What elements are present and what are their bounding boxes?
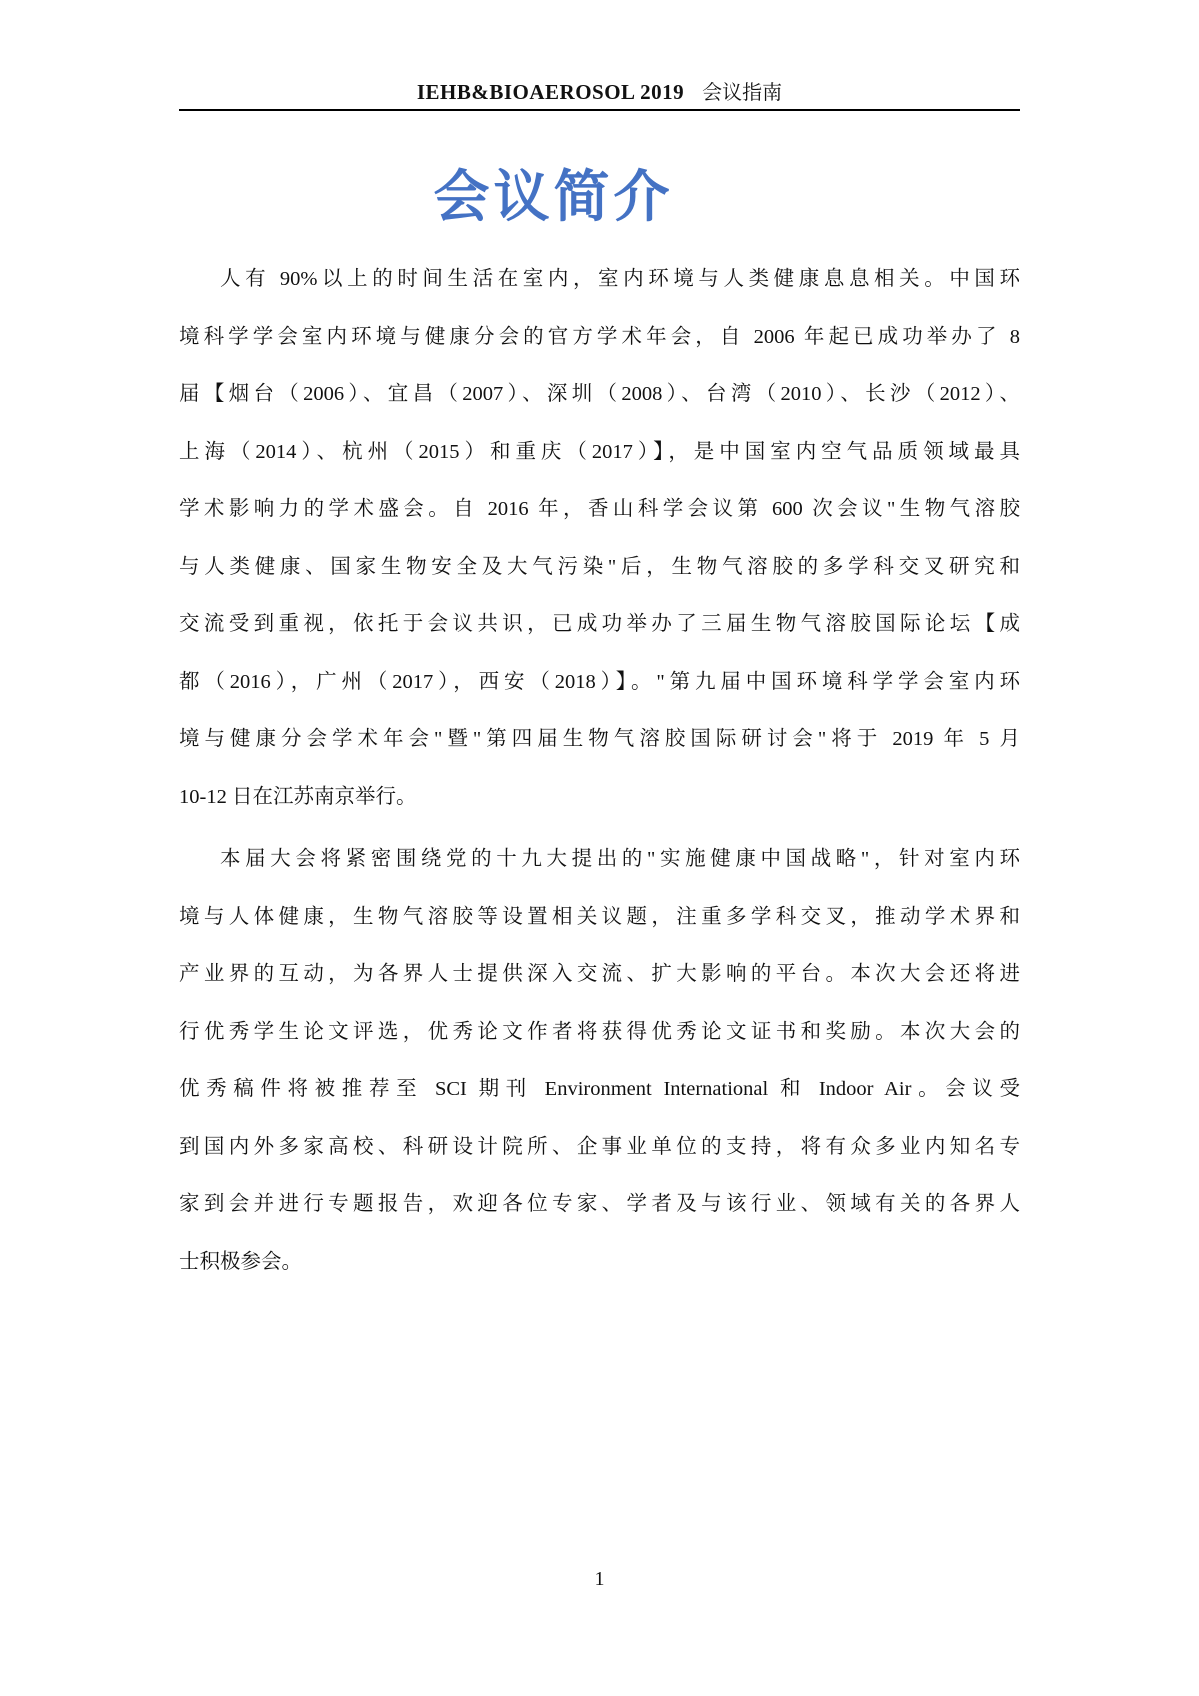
body-line: 与人类健康、国家生物安全及大气污染"后，生物气溶胶的多学科交叉研究和 [179, 539, 1020, 597]
body-line: 境科学学会室内环境与健康分会的官方学术年会，自 2006 年起已成功举办了 8 [179, 309, 1020, 367]
body-line: 到国内外多家高校、科研设计院所、企事业单位的支持，将有众多业内知名专 [179, 1119, 1020, 1177]
page-number: 1 [595, 1568, 605, 1590]
body-line: 产业界的互动，为各界人士提供深入交流、扩大影响的平台。本次大会还将进 [179, 946, 1020, 1004]
page-title: 会议简介 [179, 169, 1020, 227]
body-line: 优秀稿件将被推荐至 SCI 期刊 Environment Internation… [179, 1061, 1020, 1119]
body-line: 士积极参会。 [179, 1234, 1020, 1292]
body-line: 上海（2014）、杭州（2015）和重庆（2017）】，是中国室内空气品质领域最… [179, 424, 1020, 482]
body-line: 境与健康分会学术年会"暨"第四届生物气溶胶国际研讨会"将于 2019 年 5 月 [179, 711, 1020, 769]
body-line: 家到会并进行专题报告，欢迎各位专家、学者及与该行业、领域有关的各界人 [179, 1176, 1020, 1234]
paragraph-2: 本届大会将紧密围绕党的十九大提出的"实施健康中国战略"，针对室内环 境与人体健康… [179, 831, 1020, 1291]
document-page: IEHB&BIOAEROSOL 2019会议指南 会议简介 人有 90%以上的时… [0, 0, 1199, 1696]
page-content: IEHB&BIOAEROSOL 2019会议指南 会议简介 人有 90%以上的时… [179, 0, 1020, 1291]
body-line: 本届大会将紧密围绕党的十九大提出的"实施健康中国战略"，针对室内环 [179, 831, 1020, 889]
page-header: IEHB&BIOAEROSOL 2019会议指南 [179, 0, 1020, 111]
body-text: 人有 90%以上的时间生活在室内，室内环境与人类健康息息相关。中国环 境科学学会… [179, 251, 1020, 1291]
body-line: 届【烟台（2006）、宜昌（2007）、深圳（2008）、台湾（2010）、长沙… [179, 366, 1020, 424]
page-footer: 1 [0, 1568, 1199, 1591]
body-line: 交流受到重视，依托于会议共识，已成功举办了三届生物气溶胶国际论坛【成 [179, 596, 1020, 654]
body-line: 人有 90%以上的时间生活在室内，室内环境与人类健康息息相关。中国环 [179, 251, 1020, 309]
body-line: 行优秀学生论文评选，优秀论文作者将获得优秀论文证书和奖励。本次大会的 [179, 1004, 1020, 1062]
body-line: 境与人体健康，生物气溶胶等设置相关议题，注重多学科交叉，推动学术界和 [179, 889, 1020, 947]
body-line: 学术影响力的学术盛会。自 2016 年，香山科学会议第 600 次会议"生物气溶… [179, 481, 1020, 539]
body-line: 10-12 日在江苏南京举行。 [179, 769, 1020, 827]
paragraph-1: 人有 90%以上的时间生活在室内，室内环境与人类健康息息相关。中国环 境科学学会… [179, 251, 1020, 826]
header-title-cn: 会议指南 [702, 82, 782, 104]
body-line: 都（2016），广州（2017），西安（2018）】。"第九届中国环境科学学会室… [179, 654, 1020, 712]
header-title-latin: IEHB&BIOAEROSOL 2019 [417, 80, 684, 104]
